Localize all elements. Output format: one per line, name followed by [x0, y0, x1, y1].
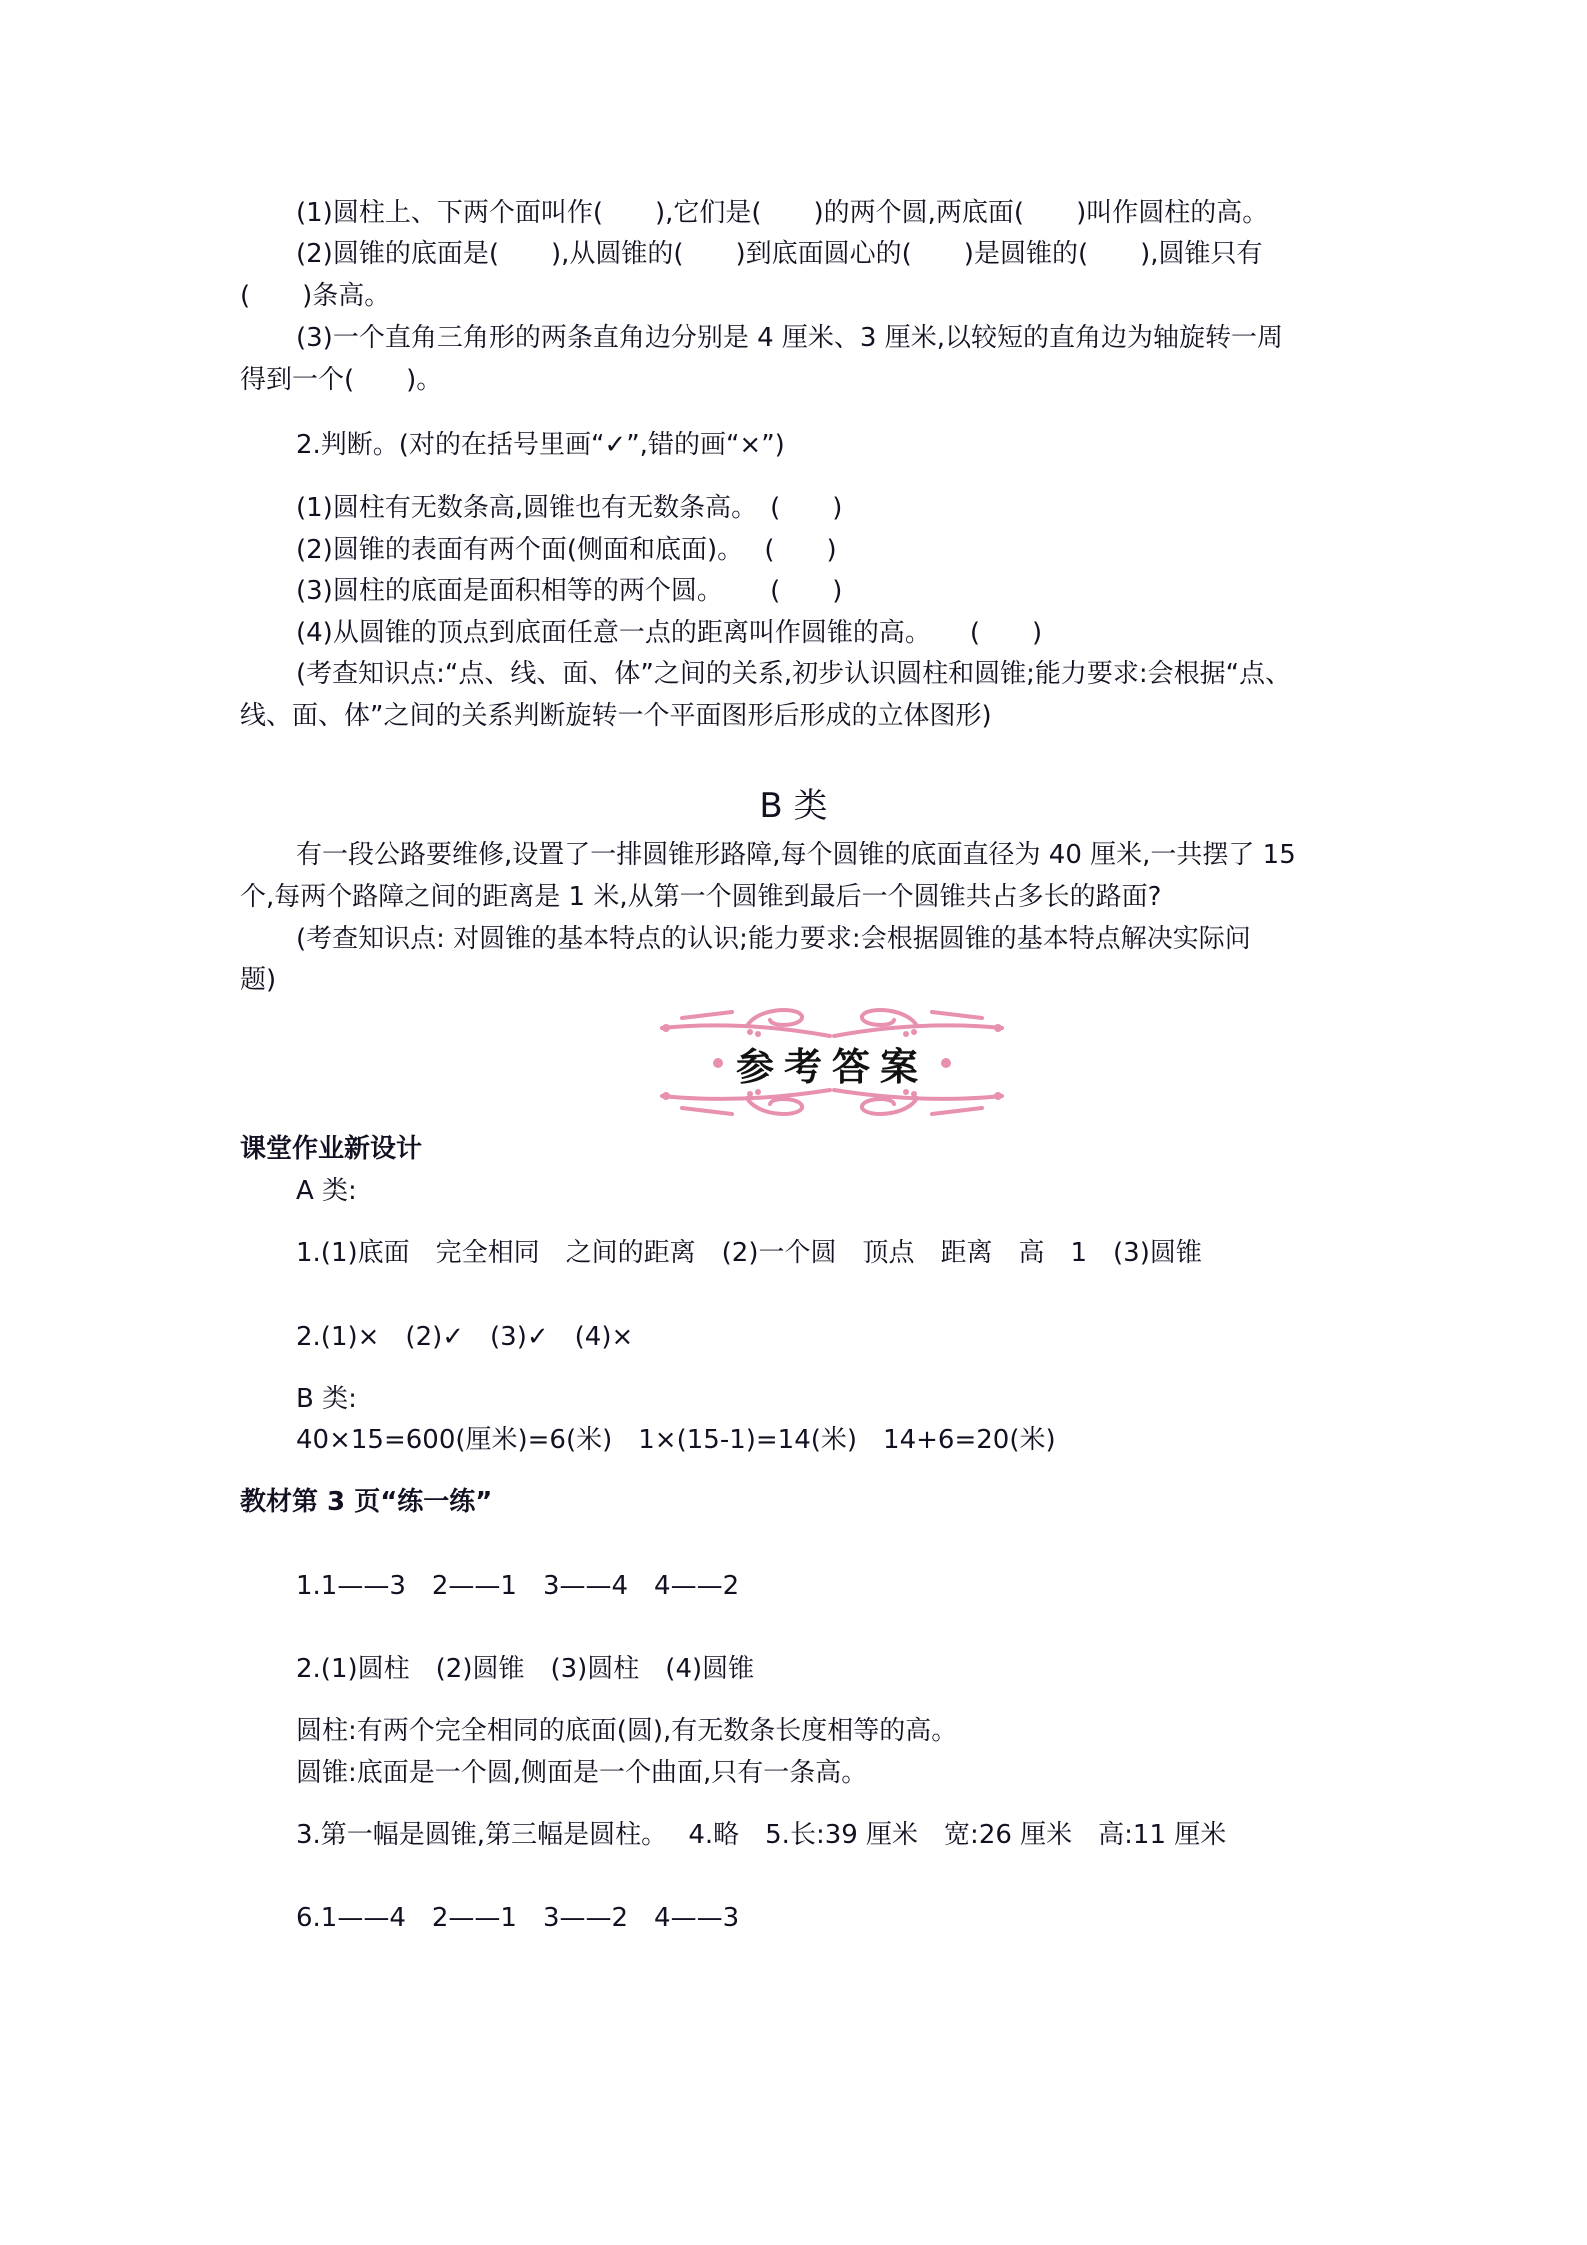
b-line-2: 个,每两个路障之间的距离是 1 米,从第一个圆锥到最后一个圆锥共占多长的路面?: [240, 880, 1161, 914]
answers-a-q2: 2.(1)× (2)✓ (3)✓ (4)×: [296, 1320, 633, 1354]
answers-b-label: B 类:: [296, 1382, 357, 1416]
b-line-1: 有一段公路要维修,设置了一排圆锥形路障,每个圆锥的底面直径为 40 厘米,一共摆…: [296, 838, 1296, 872]
textbook-section-title: 教材第 3 页“练一练”: [240, 1485, 492, 1519]
answer-banner: 参考答案: [652, 998, 1012, 1128]
q1-line-1: (1)圆柱上、下两个面叫作( ),它们是( )的两个圆,两底面( )叫作圆柱的高…: [296, 196, 1268, 230]
q1-line-5: 得到一个( )。: [240, 363, 442, 397]
document-page: (1)圆柱上、下两个面叫作( ),它们是( )的两个圆,两底面( )叫作圆柱的高…: [0, 0, 1587, 2245]
q1-line-2: (2)圆锥的底面是( ),从圆锥的( )到底面圆心的( )是圆锥的( ),圆锥只…: [296, 237, 1263, 271]
q2-title: 2.判断。(对的在括号里画“✓”,错的画“×”): [296, 428, 785, 462]
answers-section-title: 课堂作业新设计: [240, 1132, 422, 1166]
q2-item-2: (2)圆锥的表面有两个面(侧面和底面)。 ( ): [296, 533, 837, 567]
q2-note-2: 线、面、体”之间的关系判断旋转一个平面图形后形成的立体图形): [240, 699, 992, 733]
q1-line-3: ( )条高。: [240, 279, 390, 313]
q2-note-1: (考查知识点:“点、线、面、体”之间的关系,初步认识圆柱和圆锥;能力要求:会根据…: [296, 657, 1291, 691]
textbook-q3-5: 3.第一幅是圆锥,第三幅是圆柱。 4.略 5.长:39 厘米 宽:26 厘米 高…: [296, 1818, 1226, 1852]
textbook-q2: 2.(1)圆柱 (2)圆锥 (3)圆柱 (4)圆锥: [296, 1652, 754, 1686]
q2-item-1: (1)圆柱有无数条高,圆锥也有无数条高。 ( ): [296, 491, 842, 525]
b-line-3: (考查知识点: 对圆锥的基本特点的认识;能力要求:会根据圆锥的基本特点解决实际问: [296, 922, 1251, 956]
textbook-q6: 6.1——4 2——1 3——2 4——3: [296, 1901, 739, 1935]
q1-line-4: (3)一个直角三角形的两条直角边分别是 4 厘米、3 厘米,以较短的直角边为轴旋…: [296, 321, 1283, 355]
q2-item-3: (3)圆柱的底面是面积相等的两个圆。 ( ): [296, 574, 842, 608]
q2-item-4: (4)从圆锥的顶点到底面任意一点的距离叫作圆锥的高。 ( ): [296, 616, 1042, 650]
section-b-heading: B 类: [0, 786, 1587, 826]
answers-a-label: A 类:: [296, 1174, 357, 1208]
answer-banner-title: 参考答案: [652, 1036, 1012, 1091]
answers-b-answer: 40×15=600(厘米)=6(米) 1×(15-1)=14(米) 14+6=2…: [296, 1423, 1056, 1457]
b-line-4: 题): [240, 963, 276, 997]
answers-a-q1: 1.(1)底面 完全相同 之间的距离 (2)一个圆 顶点 距离 高 1 (3)圆…: [296, 1236, 1202, 1270]
textbook-q1: 1.1——3 2——1 3——4 4——2: [296, 1569, 739, 1603]
textbook-cylinder: 圆柱:有两个完全相同的底面(圆),有无数条长度相等的高。: [296, 1714, 957, 1748]
textbook-cone: 圆锥:底面是一个圆,侧面是一个曲面,只有一条高。: [296, 1756, 867, 1790]
